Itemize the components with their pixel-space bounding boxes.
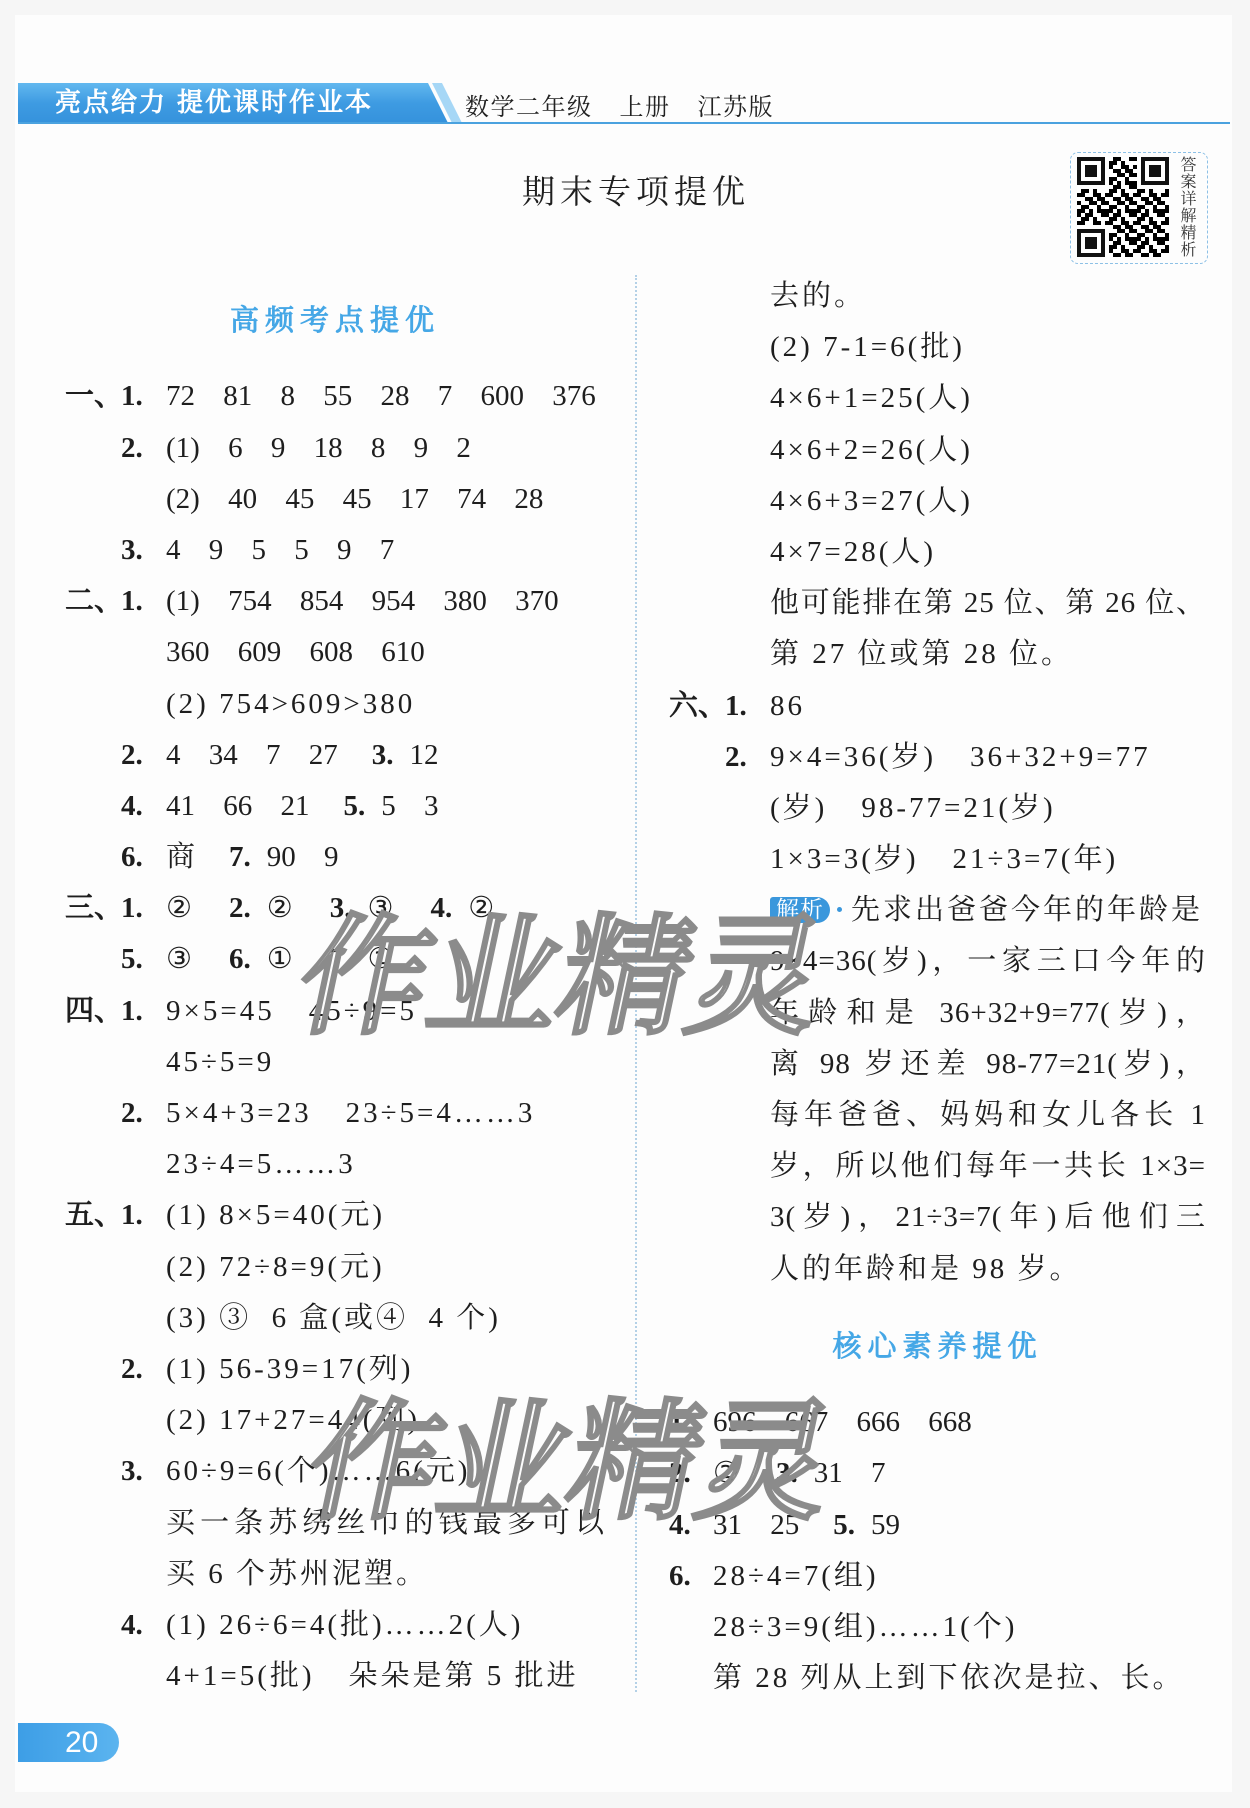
answer-line: 买 6 个苏州泥塑。 <box>65 1549 605 1600</box>
section-label: 一、 <box>65 371 123 422</box>
item-number: 3. <box>121 1446 143 1497</box>
section-label: 五、 <box>65 1190 123 1241</box>
series-label: 提优课时作业本 <box>177 88 373 118</box>
answer-text: (2) 72÷8=9(元) <box>166 1251 385 1283</box>
answer-line: (2) 754>609>380 <box>65 679 605 730</box>
item-number: 2. <box>229 892 251 924</box>
analysis-line: 解析先求出爸爸今年的年龄是 <box>669 885 1206 936</box>
item-number: 2. <box>121 1088 143 1139</box>
answer-text: 9×4=36(岁) <box>770 741 936 773</box>
answer-line: 6.28÷4=7(组) <box>669 1551 1206 1602</box>
answer-line: 1×3=3(岁)21÷3=7(年) <box>669 834 1206 885</box>
item-number: 1. <box>121 1190 143 1241</box>
answer-text: 9×5=45 <box>166 995 275 1027</box>
item-number: 5. <box>121 934 143 985</box>
answer-line: 4.31 255.59 <box>669 1500 1206 1551</box>
answer-text: 5×4+3=23 <box>166 1097 312 1129</box>
item-number: 2. <box>121 1344 143 1395</box>
item-number: 1. <box>669 1397 691 1448</box>
answer-line: 2.②3.31 7 <box>669 1448 1206 1499</box>
answer-line: 去的。 <box>669 271 1206 322</box>
analysis-line: 人的年龄和是 98 岁。 <box>669 1244 1206 1295</box>
answer-text: 4×7=28(人) <box>770 536 936 568</box>
answer-line: (3) ③ 6 盒(或④ 4 个) <box>65 1293 605 1344</box>
qr-caption: 答案详解精析 <box>1172 156 1202 260</box>
badge-dot-icon <box>837 907 842 912</box>
section-label: 三、 <box>65 883 123 934</box>
answer-line: 第 28 列从上到下依次是拉、长。 <box>669 1653 1206 1704</box>
answer-text: 45÷9=5 <box>309 995 417 1027</box>
section-label: 四、 <box>65 986 123 1037</box>
answer-text: (1) 8×5=40(元) <box>166 1199 385 1231</box>
item-number: 1. <box>725 681 747 732</box>
answer-text: 28÷4=7(组) <box>713 1560 879 1592</box>
answer-text: 12 <box>410 739 439 771</box>
answer-text: ② <box>166 892 195 924</box>
answer-line: (2) 72÷8=9(元) <box>65 1242 605 1293</box>
item-number: 4. <box>431 892 453 924</box>
answer-line: 三、1.②2.②3.③4.② <box>65 883 605 934</box>
section-label: 六、 <box>669 681 727 732</box>
answer-line: 1.696 667 666 668 <box>669 1397 1206 1448</box>
answer-text: 98-77=21(岁) <box>861 792 1055 824</box>
analysis-line: 每年爸爸、妈妈和女儿各长 1 <box>669 1090 1206 1141</box>
answer-line: 六、1.86 <box>669 681 1206 732</box>
page-number-tab: 20 <box>18 1723 119 1762</box>
item-number: 1. <box>121 986 143 1037</box>
answer-line: 他可能排在第 25 位、第 26 位、 <box>669 578 1206 629</box>
answer-line: 第 27 位或第 28 位。 <box>669 629 1206 680</box>
analysis-text: 先求出爸爸今年的年龄是 <box>851 894 1203 926</box>
answer-text: 4+1=5(批) <box>166 1660 315 1692</box>
answer-text: 45÷5=9 <box>166 1046 274 1078</box>
answer-line: 4×6+3=27(人) <box>669 476 1206 527</box>
analysis-line: 岁，所以他们每年一共长 1×3= <box>669 1141 1206 1192</box>
item-number: 7. <box>229 841 251 873</box>
analysis-badge: 解析 <box>770 897 830 923</box>
section-heading: 核心素养提优 <box>669 1295 1206 1397</box>
analysis-text: 岁，所以他们每年一共长 1×3= <box>770 1141 1206 1192</box>
edition-label: 江苏版 <box>698 93 775 121</box>
item-number: 4. <box>121 1600 143 1651</box>
answer-text: 360 609 608 610 <box>166 636 425 668</box>
answer-text: 4 9 5 5 9 7 <box>166 534 394 566</box>
answer-line: 买一条苏绣丝巾的钱最多可以 <box>65 1498 605 1549</box>
answer-text: 4×6+2=26(人) <box>770 434 973 466</box>
answer-text: 90 9 <box>267 841 339 873</box>
item-number: 1. <box>121 371 143 422</box>
answer-text: (2) 7-1=6(批) <box>770 331 965 363</box>
answer-text: (岁) <box>770 792 827 824</box>
page-number: 20 <box>65 1723 98 1762</box>
item-number: 5. <box>833 1509 855 1541</box>
answer-text: 4×6+1=25(人) <box>770 382 973 414</box>
answer-text: 5 3 <box>381 790 438 822</box>
answer-line: 4×6+2=26(人) <box>669 425 1206 476</box>
item-number: 1. <box>121 883 143 934</box>
analysis-text: 3(岁)，21÷3=7(年)后他们三 <box>770 1192 1206 1243</box>
answer-text: 31 7 <box>814 1457 886 1489</box>
answer-line: (岁)98-77=21(岁) <box>669 783 1206 834</box>
brand-label: 亮点给力 <box>55 88 167 118</box>
page-title: 期末专项提优 <box>436 172 836 212</box>
subject-label: 数学二年级 <box>465 93 593 121</box>
item-number: 2. <box>121 730 143 781</box>
item-number: 3. <box>330 892 352 924</box>
right-column: 去的。 (2) 7-1=6(批) 4×6+1=25(人) 4×6+2=26(人)… <box>669 271 1206 1704</box>
answer-text: 86 <box>770 690 805 722</box>
answer-text: 第 27 位或第 28 位。 <box>770 638 1073 670</box>
answer-text: 1×3=3(岁) <box>770 843 919 875</box>
answer-text: 41 66 21 <box>166 790 310 822</box>
answer-text: (3) ③ 6 盒(或④ 4 个) <box>166 1302 501 1334</box>
answer-line: 23÷4=5……3 <box>65 1139 605 1190</box>
answer-text: 36+32+9=77 <box>970 741 1151 773</box>
answer-text: ① <box>368 943 397 975</box>
answer-text: 31 25 <box>713 1509 799 1541</box>
item-number: 6. <box>229 943 251 975</box>
answer-line: (2) 7-1=6(批) <box>669 322 1206 373</box>
answer-line: 5.③6.①7.① <box>65 934 605 985</box>
analysis-line: 9×4=36(岁)，一家三口今年的 <box>669 936 1206 987</box>
book-info: 数学二年级上册江苏版 <box>465 92 774 122</box>
answer-line: 2.(1) 56-39=17(列) <box>65 1344 605 1395</box>
answer-text: 59 <box>871 1509 900 1541</box>
answer-line: 二、1.(1) 754 854 954 380 370 <box>65 576 605 627</box>
answer-line: 2.9×4=36(岁)36+32+9=77 <box>669 732 1206 783</box>
answer-text: (2) 40 45 45 17 74 28 <box>166 483 543 515</box>
analysis-text: 年龄和是 36+32+9=77(岁)， <box>770 988 1206 1039</box>
answer-text: (2) 17+27=44(列) <box>166 1404 420 1436</box>
answer-text: ③ <box>368 892 397 924</box>
analysis-text: 离 98 岁还差 98-77=21(岁)， <box>770 1039 1206 1090</box>
answer-line: 360 609 608 610 <box>65 627 605 678</box>
section-label: 二、 <box>65 576 123 627</box>
answer-line: 4×7=28(人) <box>669 527 1206 578</box>
answer-line: 3.4 9 5 5 9 7 <box>65 525 605 576</box>
answer-text: 买 6 个苏州泥塑。 <box>166 1558 428 1590</box>
answer-text: 朵朵是第 5 批进 <box>349 1660 579 1692</box>
item-number: 6. <box>669 1551 691 1602</box>
answer-line: 4×6+1=25(人) <box>669 373 1206 424</box>
answer-text: (1) 754 854 954 380 370 <box>166 585 559 617</box>
answer-text: 4×6+3=27(人) <box>770 485 973 517</box>
answer-text: 4 34 7 27 <box>166 739 338 771</box>
answer-text: 23÷5=4……3 <box>346 1097 536 1129</box>
answer-text: 60÷9=6(个)……6(元) <box>166 1455 470 1487</box>
answer-text: 23÷4=5……3 <box>166 1148 356 1180</box>
item-number: 2. <box>121 423 143 474</box>
answer-text: 他可能排在第 25 位、第 26 位、 <box>770 578 1206 629</box>
item-number: 4. <box>121 781 143 832</box>
answer-line: (2) 40 45 45 17 74 28 <box>65 474 605 525</box>
answer-text: 买一条苏绣丝巾的钱最多可以 <box>166 1498 605 1549</box>
answer-line: 五、1.(1) 8×5=40(元) <box>65 1190 605 1241</box>
answer-line: 3.60÷9=6(个)……6(元) <box>65 1446 605 1497</box>
qr-panel: 答案详解精析 <box>1070 152 1208 264</box>
item-number: 2. <box>669 1448 691 1499</box>
answer-text: 21÷3=7(年) <box>953 843 1119 875</box>
header-rule <box>18 122 1230 124</box>
answer-text: 第 28 列从上到下依次是拉、长。 <box>713 1662 1185 1694</box>
header-banner: 亮点给力提优课时作业本 <box>18 83 468 123</box>
section-heading: 高频考点提优 <box>65 269 605 371</box>
answer-line: 2.(1) 6 9 18 8 9 2 <box>65 423 605 474</box>
answer-line: 4+1=5(批)朵朵是第 5 批进 <box>65 1651 605 1702</box>
answer-line: 四、1.9×5=4545÷9=5 <box>65 986 605 1037</box>
volume-label: 上册 <box>620 93 671 121</box>
item-number: 1. <box>121 576 143 627</box>
answer-text: 28÷3=9(组)……1(个) <box>713 1611 1017 1643</box>
column-divider <box>635 275 637 1692</box>
item-number: 3. <box>776 1457 798 1489</box>
answer-text: 696 667 666 668 <box>713 1406 972 1438</box>
answer-line: 2.4 34 7 273.12 <box>65 730 605 781</box>
answer-text: ③ <box>166 943 195 975</box>
item-number: 5. <box>344 790 366 822</box>
answer-text: ② <box>468 892 497 924</box>
answer-line: 6.商7.90 9 <box>65 832 605 883</box>
answer-text: (2) 754>609>380 <box>166 688 415 720</box>
analysis-text: 每年爸爸、妈妈和女儿各长 1 <box>770 1090 1206 1141</box>
banner-text: 亮点给力提优课时作业本 <box>55 83 373 123</box>
core-section: 1.696 667 666 668 2.②3.31 7 4.31 255.59 … <box>669 1397 1206 1704</box>
analysis-text: 人的年龄和是 98 岁。 <box>770 1253 1082 1285</box>
analysis-line: 离 98 岁还差 98-77=21(岁)， <box>669 1039 1206 1090</box>
analysis-text: 9×4=36(岁)，一家三口今年的 <box>770 936 1206 987</box>
answer-text: ② <box>713 1457 742 1489</box>
answer-line: 4.41 66 215.5 3 <box>65 781 605 832</box>
answer-line: 一、1.72 81 8 55 28 7 600 376 <box>65 371 605 422</box>
answer-text: 72 81 8 55 28 7 600 376 <box>166 380 596 412</box>
item-number: 3. <box>121 525 143 576</box>
answer-text: (1) 26÷6=4(批)……2(人) <box>166 1609 523 1641</box>
item-number: 6. <box>121 832 143 883</box>
answer-text: ② <box>267 892 296 924</box>
analysis-line: 3(岁)，21÷3=7(年)后他们三 <box>669 1192 1206 1243</box>
item-number: 4. <box>669 1500 691 1551</box>
answer-line: 45÷5=9 <box>65 1037 605 1088</box>
item-number: 7. <box>330 943 352 975</box>
left-column: 高频考点提优 一、1.72 81 8 55 28 7 600 376 2.(1)… <box>65 269 605 1702</box>
answer-text: (1) 6 9 18 8 9 2 <box>166 432 471 464</box>
item-number: 2. <box>725 732 747 783</box>
answer-line: (2) 17+27=44(列) <box>65 1395 605 1446</box>
answer-line: 2.5×4+3=2323÷5=4……3 <box>65 1088 605 1139</box>
answer-text: 去的。 <box>770 280 866 312</box>
item-number: 3. <box>372 739 394 771</box>
answer-text: 商 <box>166 841 195 873</box>
answer-text: (1) 56-39=17(列) <box>166 1353 413 1385</box>
answer-line: 4.(1) 26÷6=4(批)……2(人) <box>65 1600 605 1651</box>
answer-line: 28÷3=9(组)……1(个) <box>669 1602 1206 1653</box>
qr-code <box>1077 157 1169 257</box>
answer-text: ① <box>267 943 296 975</box>
analysis-line: 年龄和是 36+32+9=77(岁)， <box>669 988 1206 1039</box>
